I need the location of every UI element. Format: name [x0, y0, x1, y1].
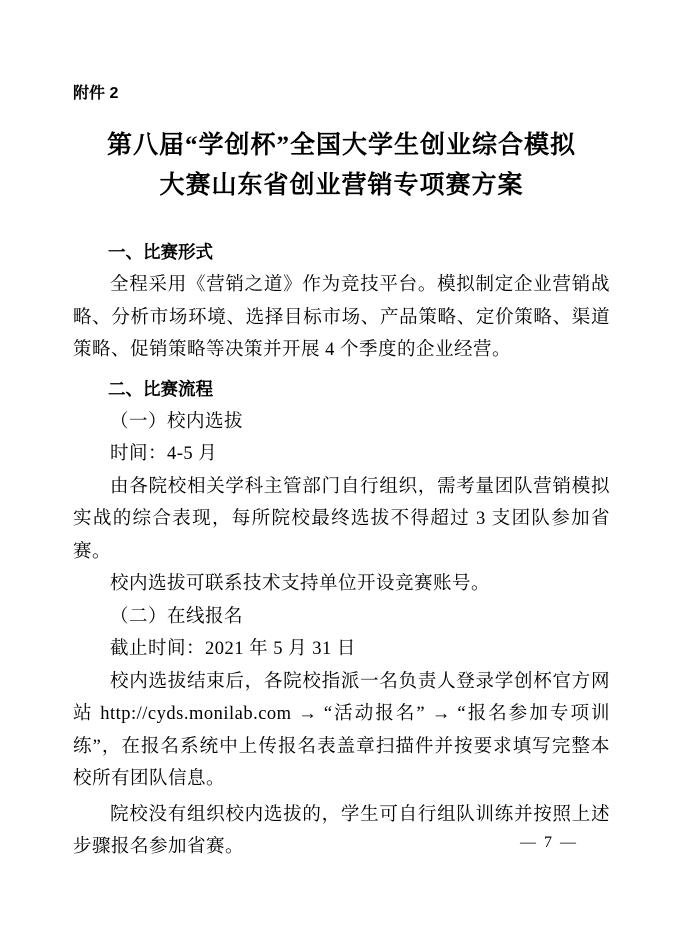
paragraph-school-selection-detail: 由各院校相关学科主管部门自行组织，需考量团队营销模拟实战的综合表现，每所院校最终… — [73, 471, 610, 569]
paragraph-school-selection-account: 校内选拔可联系技术支持单位开设竞赛账号。 — [73, 568, 610, 601]
subsection-heading-online-registration: （二）在线报名 — [73, 601, 610, 634]
paragraph-registration-steps: 校内选拔结束后，各院校指派一名负责人登录学创杯官方网站 http://cyds.… — [73, 666, 610, 796]
paragraph-deadline: 截止时间：2021 年 5 月 31 日 — [73, 633, 610, 666]
document-title: 第八届“学创杯”全国大学生创业综合模拟 大赛山东省创业营销专项赛方案 — [73, 126, 610, 206]
page-number: — 7 — — [520, 834, 578, 852]
paragraph-competition-format: 全程采用《营销之道》作为竞技平台。模拟制定企业营销战略、分析市场环境、选择目标市… — [73, 269, 610, 367]
section-heading-competition-format: 一、比赛形式 — [73, 236, 610, 269]
document-title-line-2: 大赛山东省创业营销专项赛方案 — [159, 172, 523, 199]
document-page: 附件 2 第八届“学创杯”全国大学生创业综合模拟 大赛山东省创业营销专项赛方案 … — [0, 0, 678, 934]
subsection-heading-school-selection: （一）校内选拔 — [73, 406, 610, 439]
section-heading-competition-process: 二、比赛流程 — [73, 373, 610, 406]
paragraph-time: 时间：4-5 月 — [73, 438, 610, 471]
document-title-line-1: 第八届“学创杯”全国大学生创业综合模拟 — [107, 132, 576, 159]
paragraph-no-selection-note: 院校没有组织校内选拔的，学生可自行组队训练并按照上述步骤报名参加省赛。 — [73, 799, 610, 864]
attachment-label: 附件 2 — [73, 84, 610, 104]
